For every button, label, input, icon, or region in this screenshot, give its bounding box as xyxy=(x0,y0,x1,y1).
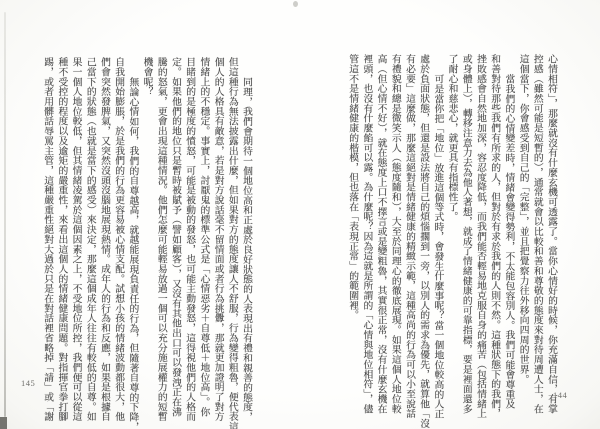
text-column: 有必要」這麼做，那麼這絕對是情緒健康的精緻示範，這種高尚的行為可以小至說話 xyxy=(402,54,416,408)
text-column: 挫敗感會自然地加深，容忍度降低，而我們能否輕易地克服自身的痛苦（包括情緒上 xyxy=(473,54,487,408)
text-column: 們會突然發脾氣，又突然沒頭沒腦地展現熱情。成年人的行為和反應，如果是根據自 xyxy=(97,57,111,411)
text-column: 但這種行為無法披露出什麼，但如果對方的態度讓人不舒服，行為變得粗魯，便代表這 xyxy=(225,57,239,411)
text-column: 裡頭，也沒有什麼餡可以露。為什麼呢？因為這就是所謂的「心情與地位相符」，儘 xyxy=(359,54,373,408)
text-column: 情緒上的不穩定。事實上，討厭鬼的標準公式是「心情惡劣＋自尊低＋地位高」。你 xyxy=(196,57,210,411)
scan-corner-artifact xyxy=(0,417,7,429)
text-column: 機會呢？ xyxy=(139,57,153,411)
text-column: 控感（雖然可能是短暫的），通常就會以比較和善和尊敬的態度來對待周遭人士，在 xyxy=(530,54,544,408)
text-column: 己當下的狀態（也就是當下的感受）來決定，那麼這個成年人往往有較低的自尊。如 xyxy=(83,57,97,411)
text-column: 有禮貌和總是微笑示人（態度隨和），大至於同理心的徹底展現。如果這個人地位較 xyxy=(388,54,402,408)
text-column: 定。如果他們的地位只是暫時被賦予（譬如顧客），又沒有其他出口可以發洩正在沸 xyxy=(168,57,182,411)
text-column: 果一個人地位較低，但其情緒凌駕於這個因素之上，不受地位所控，我們便可以從這 xyxy=(68,57,82,411)
text-column: 踢，或者用髒話辱罵主管，這種嚴重性絕對大過於只是在對話裡省略掉「請」或「謝 xyxy=(40,57,54,411)
text-column: 個人的人格具有敵意，若是對方說話毫不留情面或者行為挑釁，那就更加證明了對方 xyxy=(210,57,224,411)
text-column: 目睹到的是極度的憤怒，可能是被動的發怒，也可能主動發怒，這得視他們的人格而 xyxy=(182,57,196,411)
text-column: 無論心情如何，我們的自尊越高，就越能展現負責任的行為，但隨著自尊的下降， xyxy=(125,57,139,411)
text-column: 管這不是情緒健康的楷模，但也落在「表現正常」的範圍裡。 xyxy=(345,54,359,408)
page-number-right: 144 xyxy=(553,390,567,400)
scan-smudge-artifact xyxy=(293,1,298,7)
text-column: 自我開始膨脹，於是我們的行為更容易被心情支配。試想小孩的情緒波動都很大，他 xyxy=(111,57,125,411)
text-column: 這個當下，你會感受到自己的「完整」，並且把覺察力往外移向四周的世界。 xyxy=(515,54,529,408)
text-column: 同理，我們會期待一個地位高和正處於良好狀態的人表現出有禮和親善的態度， xyxy=(239,57,253,411)
text-column: 當我們的心情變差時，情緒會變得勢利，不太能包容別人。我們可能會尊重及 xyxy=(501,54,515,408)
text-column: 可是當你把「地位」放進這個等式時，會發生什麼事呢？當一個地位較高的人正 xyxy=(430,54,444,408)
text-column: 和善對待那些我們有所求的人，但對於有求於我們的人則不然。這種狀態下的我們， xyxy=(487,54,501,408)
text-column: 高（但心情不好），就在態度上口不擇言或是變粗魯，其實很正常，沒有什麼玄機在 xyxy=(373,54,387,408)
text-column: 心情相符」，那麼就沒有什麼玄機可透露了。當你心情好的時候，你充滿自信，有掌 xyxy=(544,54,558,408)
text-column: 處於負面狀態，但還是設法將自己的煩惱擱到一旁，以別人的需求為優先，就算他「沒 xyxy=(416,54,430,408)
page-number-left: 145 xyxy=(21,378,35,388)
text-column: 或身體上），轉移注意力去為他人著想，就成了情緒健康的可靠指標，要是裡面還多 xyxy=(459,54,473,408)
page-edge-shadow xyxy=(4,12,6,417)
book-spread-photo: 心情相符」，那麼就沒有什麼玄機可透露了。當你心情好的時候，你充滿自信，有掌控感（… xyxy=(0,0,600,429)
page-right-text-block: 心情相符」，那麼就沒有什麼玄機可透露了。當你心情好的時候，你充滿自信，有掌控感（… xyxy=(345,54,558,408)
text-column: 種不受控的程度以及逾矩的嚴重性，來看出這個人的情緒健康問題。對指揮官拳打腳 xyxy=(54,57,68,411)
text-column: 騰的怒氣，更會出現這種情況。他們怎麼可能輕易放過一個可以充分施展權力的短暫 xyxy=(154,57,168,411)
text-column: 了耐心和慈悲心，就更具有指標性了。 xyxy=(444,54,458,408)
page-left-text-block: 同理，我們會期待一個地位高和正處於良好狀態的人表現出有禮和親善的態度，但這種行為… xyxy=(40,57,253,411)
